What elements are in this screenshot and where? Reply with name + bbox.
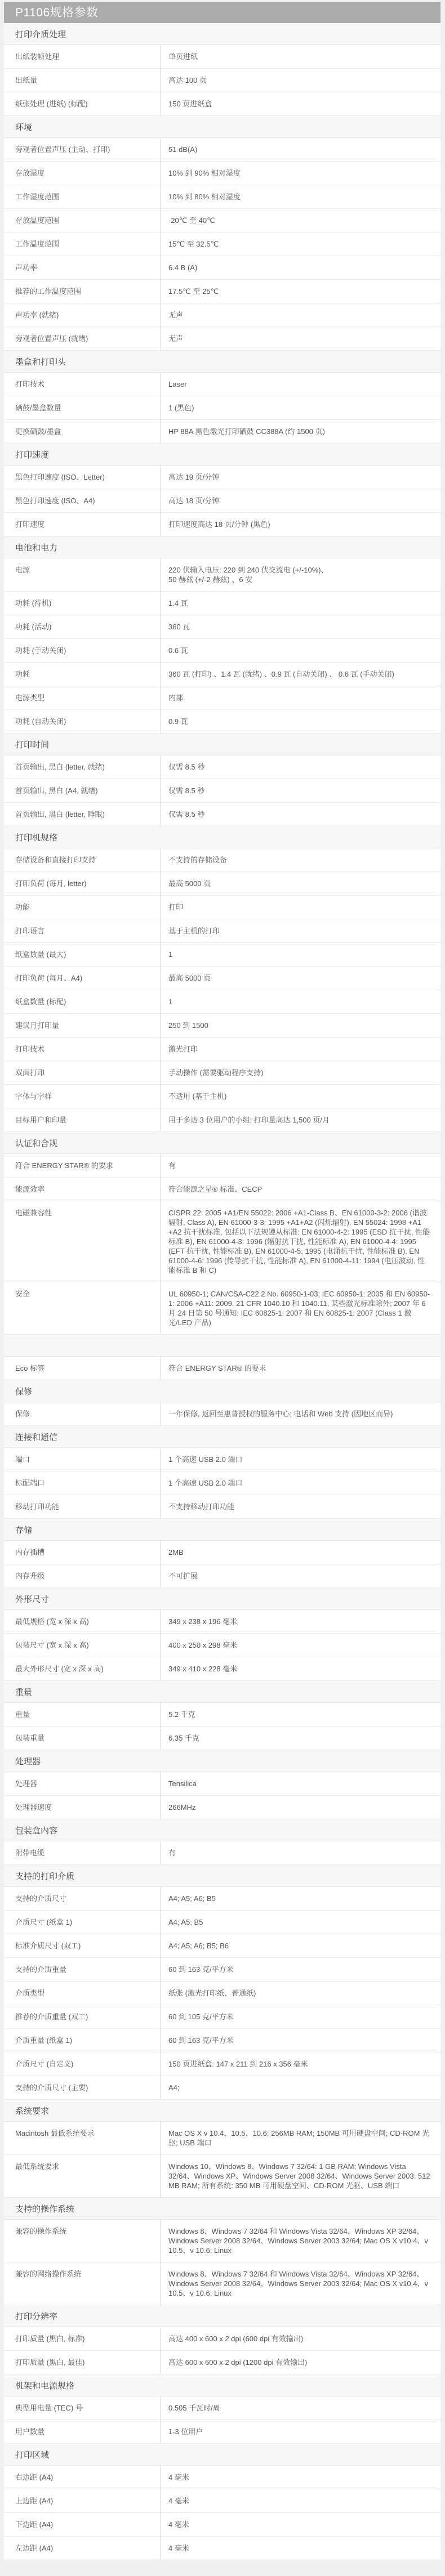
spec-label: 黑色打印速度 (ISO、A4) [4, 489, 161, 512]
spec-label: 下边距 (A4) [4, 2513, 161, 2536]
spec-value: 不支持的存储设备 [161, 848, 440, 871]
section-header: 保修 [4, 1380, 440, 1402]
spec-row: 介质尺寸 (自定义)150 页进纸盒: 147 x 211 到 216 x 35… [4, 2052, 440, 2076]
spec-value: 4 毫米 [161, 2513, 440, 2536]
spec-label: 用户数量 [4, 2420, 161, 2443]
spec-row: 功耗360 瓦 (打印) 、1.4 瓦 (就绪) 、0.9 瓦 (自动关闭) 、… [4, 663, 440, 686]
spec-label: 目标用户和印量 [4, 1108, 161, 1132]
spec-value: Windows 10、Windows 8、Windows 7 32/64: 1 … [161, 2155, 440, 2197]
spec-row: 存放湿度10% 到 90% 相对湿度 [4, 162, 440, 185]
spec-row: 左边距 (A4)4 毫米 [4, 2537, 440, 2560]
spec-label: 附带电缆 [4, 1841, 161, 1864]
spec-row: 标准介质尺寸 (双工)A4; A5; A6; B5; B6 [4, 1934, 440, 1958]
spec-value: 内部 [161, 686, 440, 709]
spec-label: 移动打印功能 [4, 1495, 161, 1518]
spec-row: 纸张处理 (进纸) (标配)150 页进纸盒 [4, 92, 440, 116]
spec-row: Macintosh 最低系统要求Mac OS X v 10.4、10.5、10.… [4, 2122, 440, 2155]
spec-label: 安全 [4, 1282, 161, 1334]
spec-value: 不适用 (基于主机) [161, 1085, 440, 1108]
section-header: 存储 [4, 1519, 440, 1541]
spec-label: 右边距 (A4) [4, 2466, 161, 2489]
spec-sections: 打印介质处理出纸装帧处理单页进纸出纸量高达 100 页纸张处理 (进纸) (标配… [4, 23, 440, 2560]
spec-value: 150 页进纸盒 [161, 92, 440, 115]
spec-row: 能源效率符合能源之星® 标准、CECP [4, 1178, 440, 1201]
section-header: 认证和合规 [4, 1132, 440, 1154]
spec-row: 功耗 (活动)360 瓦 [4, 615, 440, 639]
spec-value: 1-3 位用户 [161, 2420, 440, 2443]
section-title: 打印机规格 [15, 831, 57, 843]
section-title: 认证和合规 [15, 1137, 57, 1149]
spec-value: 纸张 (激光打印纸、普通纸) [161, 1982, 440, 2005]
spec-label: 功耗 (自动关闭) [4, 710, 161, 733]
section-title: 保修 [15, 1385, 32, 1397]
section-title: 包装盒内容 [15, 1824, 57, 1836]
spec-value: 60 到 163 克/平方米 [161, 2029, 440, 2052]
spec-label: 旁观者位置声压 (主动、打印) [4, 138, 161, 161]
spec-label: 包装重量 [4, 1727, 161, 1750]
section-header: 机架和电源规格 [4, 2374, 440, 2396]
spec-label: Eco 标签 [4, 1357, 161, 1380]
spec-row: 兼容的网络操作系统Windows 8、Windows 7 32/64 和 Win… [4, 2262, 440, 2305]
section-header: 处理器 [4, 1750, 440, 1772]
spec-value: 打印 [161, 896, 440, 919]
spec-label: 存放温度范围 [4, 209, 161, 232]
spec-label: 内存插槽 [4, 1541, 161, 1564]
spec-label: 打印技术 [4, 1037, 161, 1061]
section-title: 打印时间 [15, 739, 49, 750]
spec-value: 最高 5000 页 [161, 967, 440, 990]
spec-value: 6.4 B (A) [161, 256, 440, 279]
spec-row: 首页输出, 黑白 (letter, 睡眠)仅需 8.5 秒 [4, 803, 440, 826]
spec-row: 支持的介质尺寸A4; A5; A6; B5 [4, 1887, 440, 1911]
spec-row: 保修一年保修, 返回至惠普授权的服务中心; 电话和 Web 支持 (因地区而异) [4, 1402, 440, 1426]
spec-row: 内存插槽2MB [4, 1541, 440, 1564]
spec-row: 上边距 (A4)4 毫米 [4, 2489, 440, 2513]
spec-label: 工作湿度范围 [4, 185, 161, 208]
spec-row: 移动打印功能不支持移动打印功能 [4, 1495, 440, 1519]
spec-row: 声功率6.4 B (A) [4, 256, 440, 280]
section-title: 机架和电源规格 [15, 2380, 74, 2391]
spec-label: 内存升级 [4, 1564, 161, 1587]
spec-label: 功能 [4, 896, 161, 919]
spec-row: 介质类型纸张 (激光打印纸、普通纸) [4, 1982, 440, 2005]
spec-row: 旁观者位置声压 (主动、打印)51 dB(A) [4, 138, 440, 162]
section-header: 支持的操作系统 [4, 2198, 440, 2220]
spec-label: 支持的介质尺寸 [4, 1887, 161, 1910]
spec-value: Windows 8、Windows 7 32/64 和 Windows Vist… [161, 2220, 440, 2262]
spec-row: 存放温度范围-20℃ 至 40℃ [4, 209, 440, 232]
spec-row: 支持的介质重量60 到 163 克/平方米 [4, 1958, 440, 1982]
spec-row: 支持的介质尺寸 (主要)A4; [4, 2076, 440, 2100]
spec-row: 功耗 (待机)1.4 瓦 [4, 592, 440, 615]
spec-label: 介质类型 [4, 1982, 161, 2005]
spec-label: 打印负荷 (每月、A4) [4, 967, 161, 990]
spec-label: 存储设备和直接打印支持 [4, 848, 161, 871]
spec-value: 10% 到 80% 相对湿度 [161, 185, 440, 208]
spec-value: Mac OS X v 10.4、10.5、10.6; 256MB RAM; 15… [161, 2122, 440, 2154]
section-title: 打印速度 [15, 449, 49, 460]
section-header: 打印分辨率 [4, 2305, 440, 2327]
spec-table: P1106规格参数 打印介质处理出纸装帧处理单页进纸出纸量高达 100 页纸张处… [4, 2, 440, 2560]
spec-row: 下边距 (A4)4 毫米 [4, 2513, 440, 2537]
spec-value: 5.2 千克 [161, 1703, 440, 1726]
spec-row: 介质尺寸 (纸盒 1)A4; A5; B5 [4, 1911, 440, 1934]
spec-label: 打印速度 [4, 513, 161, 536]
spec-label: 标准介质尺寸 (双工) [4, 1934, 161, 1957]
spec-label: 推荐的工作温度范围 [4, 280, 161, 303]
spec-row: 处理器Tensilica [4, 1772, 440, 1796]
spec-row: 目标用户和印量用于多达 3 位用户的小组; 打印量高达 1,500 页/月 [4, 1108, 440, 1132]
spec-label: 支持的介质重量 [4, 1958, 161, 1981]
spec-label: 出纸量 [4, 69, 161, 92]
spec-label: 声功率 [4, 256, 161, 279]
spec-row: 字体与字样不适用 (基于主机) [4, 1085, 440, 1108]
spec-value: 17.5℃ 至 25℃ [161, 280, 440, 303]
spec-label: 建议月打印量 [4, 1014, 161, 1037]
spec-value: 360 瓦 [161, 615, 440, 638]
spec-label: 首页输出, 黑白 (letter, 睡眠) [4, 803, 161, 826]
spec-row: 打印技术Laser [4, 373, 440, 396]
spec-label: 硒鼓/墨盒数量 [4, 396, 161, 419]
spec-row: 工作湿度范围10% 到 80% 相对湿度 [4, 185, 440, 209]
page-title: P1106规格参数 [4, 2, 440, 23]
spec-label: 打印技术 [4, 373, 161, 396]
spec-label: 电源类型 [4, 686, 161, 709]
spec-value: 仅需 8.5 秒 [161, 803, 440, 826]
spec-row: 黑色打印速度 (ISO、Letter)高达 19 页/分钟 [4, 466, 440, 489]
spec-value: 高达 100 页 [161, 69, 440, 92]
spec-row: 更换硒鼓/墨盒HP 88A 黑色激光打印硒鼓 CC388A (约 1500 页) [4, 420, 440, 444]
spec-value: 51 dB(A) [161, 138, 440, 161]
spec-value: 无声 [161, 303, 440, 327]
section-header: 系统要求 [4, 2100, 440, 2122]
section-title: 存储 [15, 1524, 32, 1536]
spec-value: 250 到 1500 [161, 1014, 440, 1037]
spec-label: 双面打印 [4, 1061, 161, 1084]
spec-row: 打印质量 (黑白, 标准)高达 400 x 600 x 2 dpi (600 d… [4, 2327, 440, 2351]
section-title: 支持的操作系统 [15, 2203, 74, 2215]
section-title: 支持的打印介质 [15, 1870, 74, 1882]
spec-value: 6.35 千克 [161, 1727, 440, 1750]
section-header: 环境 [4, 116, 440, 138]
spec-row: 电源220 伏输入电压: 220 到 240 伏交流电 (+/-10%)、 50… [4, 558, 440, 592]
spec-row: 纸盒数量 (最大)1 [4, 943, 440, 967]
spec-value: 不可扩展 [161, 1564, 440, 1587]
spec-row: 用户数量1-3 位用户 [4, 2420, 440, 2444]
spec-label: 重量 [4, 1703, 161, 1726]
spec-label: 字体与字样 [4, 1085, 161, 1108]
spec-value: 349 x 238 x 196 毫米 [161, 1610, 440, 1633]
spec-value: 1 个高速 USB 2.0 端口 [161, 1448, 440, 1471]
spec-label: 黑色打印速度 (ISO、Letter) [4, 466, 161, 489]
spec-row: 打印技术激光打印 [4, 1037, 440, 1061]
spec-row: 黑色打印速度 (ISO、A4)高达 18 页/分钟 [4, 489, 440, 513]
spec-value: A4; A5; B5 [161, 1911, 440, 1934]
spec-value: 符合 ENERGY STAR® 的要求 [161, 1357, 440, 1380]
spec-label: 声功率 (就绪) [4, 303, 161, 327]
spec-label: 存放湿度 [4, 162, 161, 185]
spec-value: 4 毫米 [161, 2466, 440, 2489]
spec-label: 打印质量 (黑白, 最佳) [4, 2351, 161, 2374]
spec-value: 220 伏输入电压: 220 到 240 伏交流电 (+/-10%)、 50 赫… [161, 558, 440, 591]
spec-row: Eco 标签符合 ENERGY STAR® 的要求 [4, 1357, 440, 1380]
section-header: 支持的打印介质 [4, 1865, 440, 1887]
spec-value: A4; A5; A6; B5; B6 [161, 1934, 440, 1957]
spec-value: 150 页进纸盒: 147 x 211 到 216 x 356 毫米 [161, 2052, 440, 2076]
spec-label: 介质尺寸 (自定义) [4, 2052, 161, 2076]
spec-value: 4 毫米 [161, 2537, 440, 2560]
spec-value: 360 瓦 (打印) 、1.4 瓦 (就绪) 、0.9 瓦 (自动关闭) 、 0… [161, 663, 440, 686]
spec-row: 包装尺寸 (宽 x 深 x 高)400 x 250 x 298 毫米 [4, 1634, 440, 1657]
spec-value: 最高 5000 页 [161, 872, 440, 895]
spec-label: 功耗 (手动关闭) [4, 639, 161, 662]
spec-label: 包装尺寸 (宽 x 深 x 高) [4, 1634, 161, 1657]
section-header: 打印介质处理 [4, 23, 440, 45]
section-title: 外形尺寸 [15, 1593, 49, 1605]
spec-value: 符合能源之星® 标准、CECP [161, 1178, 440, 1201]
spec-label: 纸张处理 (进纸) (标配) [4, 92, 161, 115]
section-title: 墨盒和打印头 [15, 356, 66, 368]
spec-value: CISPR 22: 2005 +A1/EN 55022: 2006 +A1-Cl… [161, 1201, 440, 1282]
spec-label: 首页输出, 黑白 (letter, 就绪) [4, 755, 161, 779]
spec-value: HP 88A 黑色激光打印硒鼓 CC388A (约 1500 页) [161, 420, 440, 443]
spec-row: 纸盒数量 (标配)1 [4, 990, 440, 1014]
spec-value: 高达 19 页/分钟 [161, 466, 440, 489]
spec-label: 最低规格 (宽 x 深 x 高) [4, 1610, 161, 1633]
spec-row: 处理器速度266MHz [4, 1796, 440, 1819]
section-title: 打印介质处理 [15, 28, 66, 40]
section-header [4, 1335, 440, 1357]
spec-row: 双面打印手动操作 (需要驱动程序支持) [4, 1061, 440, 1085]
spec-row: 功能打印 [4, 896, 440, 919]
spec-row: 最低系统要求Windows 10、Windows 8、Windows 7 32/… [4, 2155, 440, 2198]
spec-label: 纸盒数量 (标配) [4, 990, 161, 1013]
spec-label: 介质尺寸 (纸盒 1) [4, 1911, 161, 1934]
spec-label: 旁观者位置声压 (就绪) [4, 327, 161, 350]
spec-label: 功耗 [4, 663, 161, 686]
spec-row: 包装重量6.35 千克 [4, 1727, 440, 1750]
spec-value: Windows 8、Windows 7 32/64 和 Windows Vist… [161, 2262, 440, 2305]
spec-value: 60 到 163 克/平方米 [161, 1958, 440, 1981]
spec-row: 典型用电量 (TEC) 号0.505 千瓦时/周 [4, 2396, 440, 2420]
spec-value: 不支持移动打印功能 [161, 1495, 440, 1518]
spec-value: 有 [161, 1154, 440, 1177]
spec-label: 兼容的操作系统 [4, 2220, 161, 2262]
spec-value: A4; A5; A6; B5 [161, 1887, 440, 1910]
spec-row: 功耗 (手动关闭)0.6 瓦 [4, 639, 440, 663]
spec-row: 打印语言基于主机的打印 [4, 919, 440, 943]
spec-row: 端口1 个高速 USB 2.0 端口 [4, 1448, 440, 1472]
spec-label: Macintosh 最低系统要求 [4, 2122, 161, 2154]
spec-value: Tensilica [161, 1772, 440, 1795]
section-title: 连接和通信 [15, 1431, 57, 1443]
section-title: 打印分辨率 [15, 2310, 57, 2322]
spec-value: 激光打印 [161, 1037, 440, 1061]
spec-label: 最大外形尺寸 (宽 x 深 x 高) [4, 1657, 161, 1680]
spec-value: 15℃ 至 32.5℃ [161, 232, 440, 256]
spec-value: 0.505 千瓦时/周 [161, 2396, 440, 2420]
spec-label: 符合 ENERGY STAR® 的要求 [4, 1154, 161, 1177]
spec-label: 能源效率 [4, 1178, 161, 1201]
spec-label: 功耗 (活动) [4, 615, 161, 638]
spec-value: A4; [161, 2076, 440, 2099]
spec-value: 仅需 8.5 秒 [161, 779, 440, 802]
spec-label: 推荐的介质重量 (双工) [4, 2005, 161, 2028]
spec-label: 标配端口 [4, 1472, 161, 1495]
section-header: 外形尺寸 [4, 1588, 440, 1610]
spec-row: 右边距 (A4)4 毫米 [4, 2466, 440, 2489]
spec-value: 400 x 250 x 298 毫米 [161, 1634, 440, 1657]
spec-label: 端口 [4, 1448, 161, 1471]
spec-label: 打印负荷 (每月, letter) [4, 872, 161, 895]
section-header: 电池和电力 [4, 536, 440, 558]
spec-row: 首页输出, 黑白 (A4, 就绪)仅需 8.5 秒 [4, 779, 440, 803]
spec-value: 打印速度高达 18 页/分钟 (黑色) [161, 513, 440, 536]
spec-row: 打印速度打印速度高达 18 页/分钟 (黑色) [4, 513, 440, 536]
section-header: 打印速度 [4, 444, 440, 466]
spec-value: 4 毫米 [161, 2489, 440, 2512]
spec-value: 手动操作 (需要驱动程序支持) [161, 1061, 440, 1084]
spec-value: 60 到 105 克/平方米 [161, 2005, 440, 2028]
spec-row: 出纸装帧处理单页进纸 [4, 45, 440, 69]
spec-row: 符合 ENERGY STAR® 的要求有 [4, 1154, 440, 1178]
section-header: 墨盒和打印头 [4, 351, 440, 373]
section-title: 环境 [15, 121, 32, 133]
section-header: 打印区域 [4, 2444, 440, 2466]
section-header: 包装盒内容 [4, 1819, 440, 1841]
section-title: 处理器 [15, 1755, 41, 1767]
spec-label: 工作温度范围 [4, 232, 161, 256]
spec-row: 打印负荷 (每月、A4)最高 5000 页 [4, 967, 440, 990]
spec-value: 349 x 410 x 228 毫米 [161, 1657, 440, 1680]
spec-value: 无声 [161, 327, 440, 350]
spec-label: 处理器速度 [4, 1796, 161, 1819]
spec-page: P1106规格参数 打印介质处理出纸装帧处理单页进纸出纸量高达 100 页纸张处… [0, 0, 445, 2576]
spec-label: 功耗 (待机) [4, 592, 161, 615]
spec-row: 声功率 (就绪)无声 [4, 303, 440, 327]
spec-value: UL 60950-1; CAN/CSA-C22.2 No. 60950-1-03… [161, 1282, 440, 1334]
spec-value: 1 (黑色) [161, 396, 440, 419]
spec-value: 有 [161, 1841, 440, 1864]
spec-value: 10% 到 90% 相对湿度 [161, 162, 440, 185]
spec-label: 支持的介质尺寸 (主要) [4, 2076, 161, 2099]
spec-label: 介质重量 (纸盒 1) [4, 2029, 161, 2052]
spec-value: 用于多达 3 位用户的小组; 打印量高达 1,500 页/月 [161, 1108, 440, 1132]
section-header: 打印时间 [4, 734, 440, 755]
section-header: 连接和通信 [4, 1426, 440, 1448]
spec-row: 工作温度范围15℃ 至 32.5℃ [4, 232, 440, 256]
spec-row: 介质重量 (纸盒 1)60 到 163 克/平方米 [4, 2029, 440, 2052]
spec-row: 电源类型内部 [4, 686, 440, 710]
spec-value: -20℃ 至 40℃ [161, 209, 440, 232]
section-title: 电池和电力 [15, 542, 57, 553]
spec-row: 最大外形尺寸 (宽 x 深 x 高)349 x 410 x 228 毫米 [4, 1657, 440, 1681]
spec-value: 单页进纸 [161, 45, 440, 68]
spec-value: 高达 18 页/分钟 [161, 489, 440, 512]
spec-row: 内存升级不可扩展 [4, 1564, 440, 1588]
spec-row: 首页输出, 黑白 (letter, 就绪)仅需 8.5 秒 [4, 755, 440, 779]
section-header: 重量 [4, 1681, 440, 1703]
spec-label: 处理器 [4, 1772, 161, 1795]
spec-row: 附带电缆有 [4, 1841, 440, 1865]
spec-label: 左边距 (A4) [4, 2537, 161, 2560]
spec-value: 1 [161, 943, 440, 966]
spec-row: 标配端口1 个高速 USB 2.0 端口 [4, 1472, 440, 1495]
spec-row: 兼容的操作系统Windows 8、Windows 7 32/64 和 Windo… [4, 2220, 440, 2262]
section-header: 打印机规格 [4, 826, 440, 848]
spec-label: 上边距 (A4) [4, 2489, 161, 2512]
spec-row: 最低规格 (宽 x 深 x 高)349 x 238 x 196 毫米 [4, 1610, 440, 1634]
section-title: 打印区域 [15, 2449, 49, 2461]
spec-value: 1 个高速 USB 2.0 端口 [161, 1472, 440, 1495]
spec-value: 仅需 8.5 秒 [161, 755, 440, 779]
spec-value: 0.6 瓦 [161, 639, 440, 662]
spec-label: 最低系统要求 [4, 2155, 161, 2197]
spec-value: 0.9 瓦 [161, 710, 440, 733]
spec-row: 电磁兼容性CISPR 22: 2005 +A1/EN 55022: 2006 +… [4, 1201, 440, 1282]
spec-row: 打印负荷 (每月, letter)最高 5000 页 [4, 872, 440, 896]
section-title: 重量 [15, 1686, 32, 1698]
spec-row: 功耗 (自动关闭)0.9 瓦 [4, 710, 440, 734]
spec-value: 1.4 瓦 [161, 592, 440, 615]
spec-value: 基于主机的打印 [161, 919, 440, 942]
spec-value: 高达 600 x 600 x 2 dpi (1200 dpi 有效输出) [161, 2351, 440, 2374]
spec-label: 纸盒数量 (最大) [4, 943, 161, 966]
spec-row: 推荐的工作温度范围17.5℃ 至 25℃ [4, 280, 440, 303]
spec-row: 硒鼓/墨盒数量1 (黑色) [4, 396, 440, 420]
spec-value: Laser [161, 373, 440, 396]
spec-label: 电磁兼容性 [4, 1201, 161, 1282]
spec-value: 1 [161, 990, 440, 1013]
spec-label: 典型用电量 (TEC) 号 [4, 2396, 161, 2420]
spec-label: 电源 [4, 558, 161, 591]
spec-row: 旁观者位置声压 (就绪)无声 [4, 327, 440, 351]
spec-row: 推荐的介质重量 (双工)60 到 105 克/平方米 [4, 2005, 440, 2029]
spec-row: 存储设备和直接打印支持不支持的存储设备 [4, 848, 440, 872]
spec-label: 出纸装帧处理 [4, 45, 161, 68]
spec-row: 安全UL 60950-1; CAN/CSA-C22.2 No. 60950-1-… [4, 1282, 440, 1335]
spec-label: 兼容的网络操作系统 [4, 2262, 161, 2305]
spec-label: 打印语言 [4, 919, 161, 942]
spec-row: 出纸量高达 100 页 [4, 69, 440, 92]
spec-label: 更换硒鼓/墨盒 [4, 420, 161, 443]
spec-row: 打印质量 (黑白, 最佳)高达 600 x 600 x 2 dpi (1200 … [4, 2351, 440, 2374]
spec-value: 2MB [161, 1541, 440, 1564]
spec-label: 首页输出, 黑白 (A4, 就绪) [4, 779, 161, 802]
section-title: 系统要求 [15, 2105, 49, 2117]
spec-label: 打印质量 (黑白, 标准) [4, 2327, 161, 2350]
spec-row: 建议月打印量250 到 1500 [4, 1014, 440, 1037]
spec-value: 高达 400 x 600 x 2 dpi (600 dpi 有效输出) [161, 2327, 440, 2350]
spec-value: 一年保修, 返回至惠普授权的服务中心; 电话和 Web 支持 (因地区而异) [161, 1402, 440, 1425]
spec-row: 重量5.2 千克 [4, 1703, 440, 1727]
spec-label: 保修 [4, 1402, 161, 1425]
spec-value: 266MHz [161, 1796, 440, 1819]
